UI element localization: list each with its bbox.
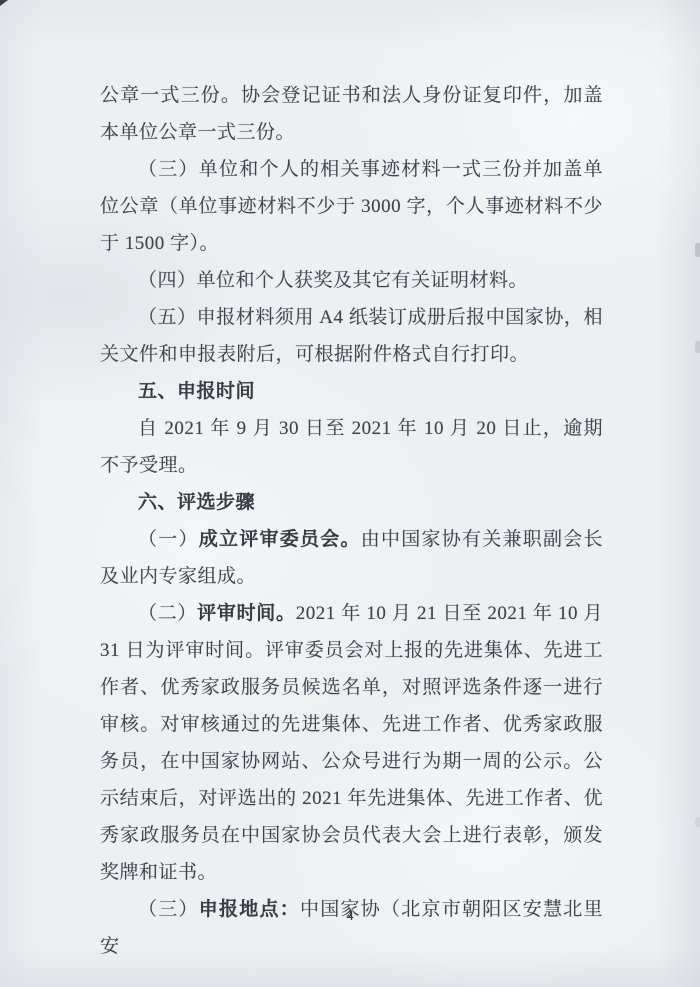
paragraph-text: （一） (138, 529, 199, 550)
scanned-document-page: 公章一式三份。协会登记证书和法人身份证复印件，加盖本单位公章一式三份。（三）单位… (0, 0, 700, 987)
page-number: 4 (0, 908, 700, 925)
scan-edge-artifact (695, 817, 700, 827)
paragraph: （二）评审时间。2021 年 10 月 21 日至 2021 年 10 月 31… (100, 595, 603, 891)
paragraph-text: 公章一式三份。协会登记证书和法人身份证复印件，加盖本单位公章一式三份。 (100, 85, 603, 143)
paragraph-text: （五）申报材料须用 A4 纸装订成册后报中国家协，相关文件和申报表附后，可根据附… (100, 307, 603, 365)
document-body: 公章一式三份。协会登记证书和法人身份证复印件，加盖本单位公章一式三份。（三）单位… (100, 77, 603, 965)
paragraph-lead-text: 六、评选步骤 (138, 492, 255, 513)
paragraph: （一）成立评审委员会。由中国家协有关兼职副会长及业内专家组成。 (100, 521, 603, 595)
paragraph-text: 2021 年 10 月 21 日至 2021 年 10 月 31 日为评审时间。… (100, 603, 603, 883)
paragraph: （三）申报地点：中国家协（北京市朝阳区安慧北里安 (100, 891, 603, 965)
paragraph-text: （二） (138, 603, 197, 624)
scan-edge-artifact (695, 243, 700, 257)
paragraph: 自 2021 年 9 月 30 日至 2021 年 10 月 20 日止，逾期不… (100, 410, 603, 484)
paragraph: （四）单位和个人获奖及其它有关证明材料。 (100, 262, 603, 299)
paragraph-lead-text: 五、申报时间 (138, 381, 255, 402)
paragraph-text: （三）单位和个人的相关事迹材料一式三份并加盖单位公章（单位事迹材料不少于 300… (100, 159, 603, 254)
section-heading: 六、评选步骤 (100, 484, 603, 521)
paragraph-text: 自 2021 年 9 月 30 日至 2021 年 10 月 20 日止，逾期不… (100, 418, 603, 476)
paragraph: 公章一式三份。协会登记证书和法人身份证复印件，加盖本单位公章一式三份。 (100, 77, 603, 151)
paragraph: （三）单位和个人的相关事迹材料一式三份并加盖单位公章（单位事迹材料不少于 300… (100, 151, 603, 262)
scan-edge-artifact (695, 341, 700, 353)
paragraph-text: （四）单位和个人获奖及其它有关证明材料。 (138, 270, 528, 291)
paragraph: （五）申报材料须用 A4 纸装订成册后报中国家协，相关文件和申报表附后，可根据附… (100, 299, 603, 373)
paragraph-lead-text: 评审时间。 (197, 603, 296, 624)
section-heading: 五、申报时间 (100, 373, 603, 410)
paragraph-lead-text: 成立评审委员会。 (199, 529, 361, 550)
scan-corner-artifact (0, 0, 8, 6)
